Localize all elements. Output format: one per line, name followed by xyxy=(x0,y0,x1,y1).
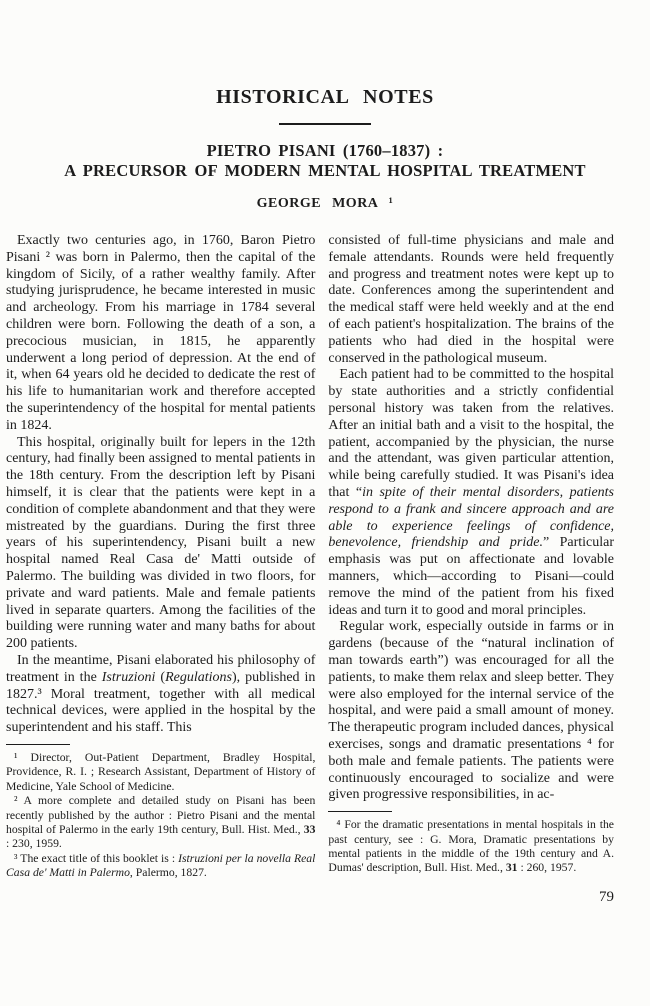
footnote-separator-rule xyxy=(6,744,70,745)
section-header: HISTORICAL NOTES xyxy=(0,86,650,108)
journal-page: HISTORICAL NOTES PIETRO PISANI (1760–183… xyxy=(0,0,650,1006)
two-column-layout: Exactly two centuries ago, in 1760, Baro… xyxy=(6,233,614,906)
right-column: consisted of full-time physicians and ma… xyxy=(328,233,614,906)
article-title: PIETRO PISANI (1760–1837) : A PRECURSOR … xyxy=(0,141,650,181)
left-column-body-text: Exactly two centuries ago, in 1760, Baro… xyxy=(6,233,315,737)
footnote-separator-rule xyxy=(328,811,392,812)
right-column-body-text: consisted of full-time physicians and ma… xyxy=(328,233,614,804)
left-column: Exactly two centuries ago, in 1760, Baro… xyxy=(6,233,315,881)
author-byline: GEORGE MORA ¹ xyxy=(0,196,650,212)
header-divider-rule xyxy=(279,123,371,125)
right-column-footnotes: ⁴ For the dramatic presentations in ment… xyxy=(328,818,614,876)
left-column-footnotes: ¹ Director, Out-Patient Department, Brad… xyxy=(6,751,315,881)
page-header: HISTORICAL NOTES PIETRO PISANI (1760–183… xyxy=(0,0,650,212)
article-title-line1: PIETRO PISANI (1760–1837) : xyxy=(0,141,650,161)
page-number: 79 xyxy=(328,888,614,906)
article-title-line2: A PRECURSOR OF MODERN MENTAL HOSPITAL TR… xyxy=(0,161,650,181)
